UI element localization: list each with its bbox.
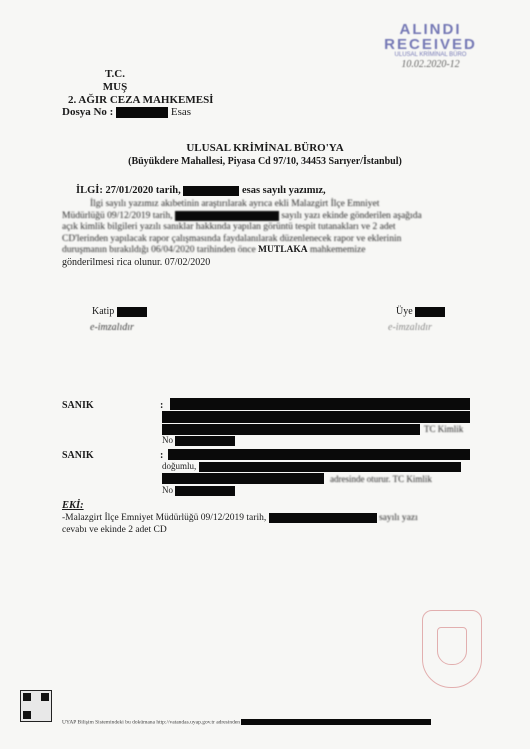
body-line: açık kimlik bilgileri yazılı sanıklar ha… (62, 222, 472, 234)
defendant-2-label: SANIK (62, 450, 94, 461)
institution-emblem-icon (422, 610, 482, 688)
member-signature: Üye (396, 306, 445, 317)
attachment-line-2: cevabı ve ekinde 2 adet CD (62, 525, 167, 535)
header-city: MUŞ (60, 81, 170, 94)
redaction-bar (175, 211, 279, 221)
member-label: Üye (396, 306, 413, 317)
body-line: İlgi sayılı yazımız akıbetinin araştırıl… (62, 199, 472, 211)
file-number-label: Dosya No : (62, 106, 113, 118)
redaction-bar (162, 473, 324, 484)
redaction-bar (175, 486, 235, 496)
member-e-signed-note: e-imzalıdır (388, 322, 432, 333)
received-stamp: ALINDI RECEIVED ULUSAL KRİMİNAL BÜRO 10.… (378, 22, 483, 74)
redaction-bar (168, 449, 470, 460)
defendant-1-label: SANIK (62, 400, 94, 411)
redaction-bar (116, 107, 168, 118)
defendant-1-colon: : (160, 400, 163, 411)
stamp-line1: ALINDI (378, 22, 483, 37)
clerk-e-signed-note: e-imzalıdır (90, 322, 134, 333)
reference-line: İLGİ: 27/01/2020 tarih, esas sayılı yazı… (76, 185, 326, 196)
body-line: Müdürlüğü 09/12/2019 tarih, sayılı yazı … (62, 211, 472, 223)
reference-label: İLGİ: 27/01/2020 tarih, (76, 185, 181, 196)
defendant-2-address-label: adresinde oturur. TC Kimlik (330, 474, 432, 484)
clerk-signature: Katip (92, 306, 147, 317)
uyap-footer: UYAP Bilişim Sistemindeki bu dokümana ht… (62, 719, 431, 725)
redaction-bar (170, 398, 470, 410)
redaction-bar (175, 436, 235, 446)
recipient-title: ULUSAL KRİMİNAL BÜRO'YA (0, 142, 530, 154)
body-line: CD'lerinden yapılacak rapor çalışmasında… (62, 234, 472, 246)
redaction-bar (162, 411, 470, 423)
defendant-1-id-no: No (162, 435, 235, 446)
body-line: duruşmanın bırakıldığı 06/04/2020 tarihi… (62, 245, 472, 257)
defendant-2-colon: : (160, 450, 163, 461)
body-line-closing: gönderilmesi rica olunur. 07/02/2020 (62, 257, 472, 269)
redaction-bar (415, 307, 445, 317)
redaction-bar (183, 186, 239, 196)
redaction-bar (269, 513, 377, 523)
stamp-date: 10.02.2020-12 (378, 59, 483, 70)
body-paragraph: İlgi sayılı yazımız akıbetinin araştırıl… (62, 199, 472, 268)
emphasis-mutlaka: MUTLAKA (258, 245, 308, 255)
redaction-bar (241, 719, 431, 725)
reference-suffix: esas sayılı yazımız, (242, 185, 326, 196)
attachments-label: EKİ: (62, 500, 84, 511)
stamp-line2: RECEIVED (378, 37, 483, 52)
stamp-small-text: ULUSAL KRİMİNAL BÜRO (378, 52, 483, 59)
file-number-suffix: Esas (171, 106, 191, 118)
recipient-address: (Büyükdere Mahallesi, Piyasa Cd 97/10, 3… (0, 156, 530, 167)
defendant-2-birth: doğumlu, (162, 461, 461, 472)
qr-code-icon (20, 690, 52, 722)
redaction-bar (117, 307, 147, 317)
file-number: Dosya No : Esas (62, 106, 191, 119)
clerk-label: Katip (92, 306, 114, 317)
header-tc: T.C. (60, 68, 170, 81)
defendant-1-id-label: TC Kimlik (424, 424, 463, 434)
redaction-bar (199, 462, 461, 472)
defendant-2-id-no: No (162, 485, 235, 496)
attachment-line-1: -Malazgirt İlçe Emniyet Müdürlüğü 09/12/… (62, 513, 472, 523)
redaction-bar (162, 424, 420, 435)
